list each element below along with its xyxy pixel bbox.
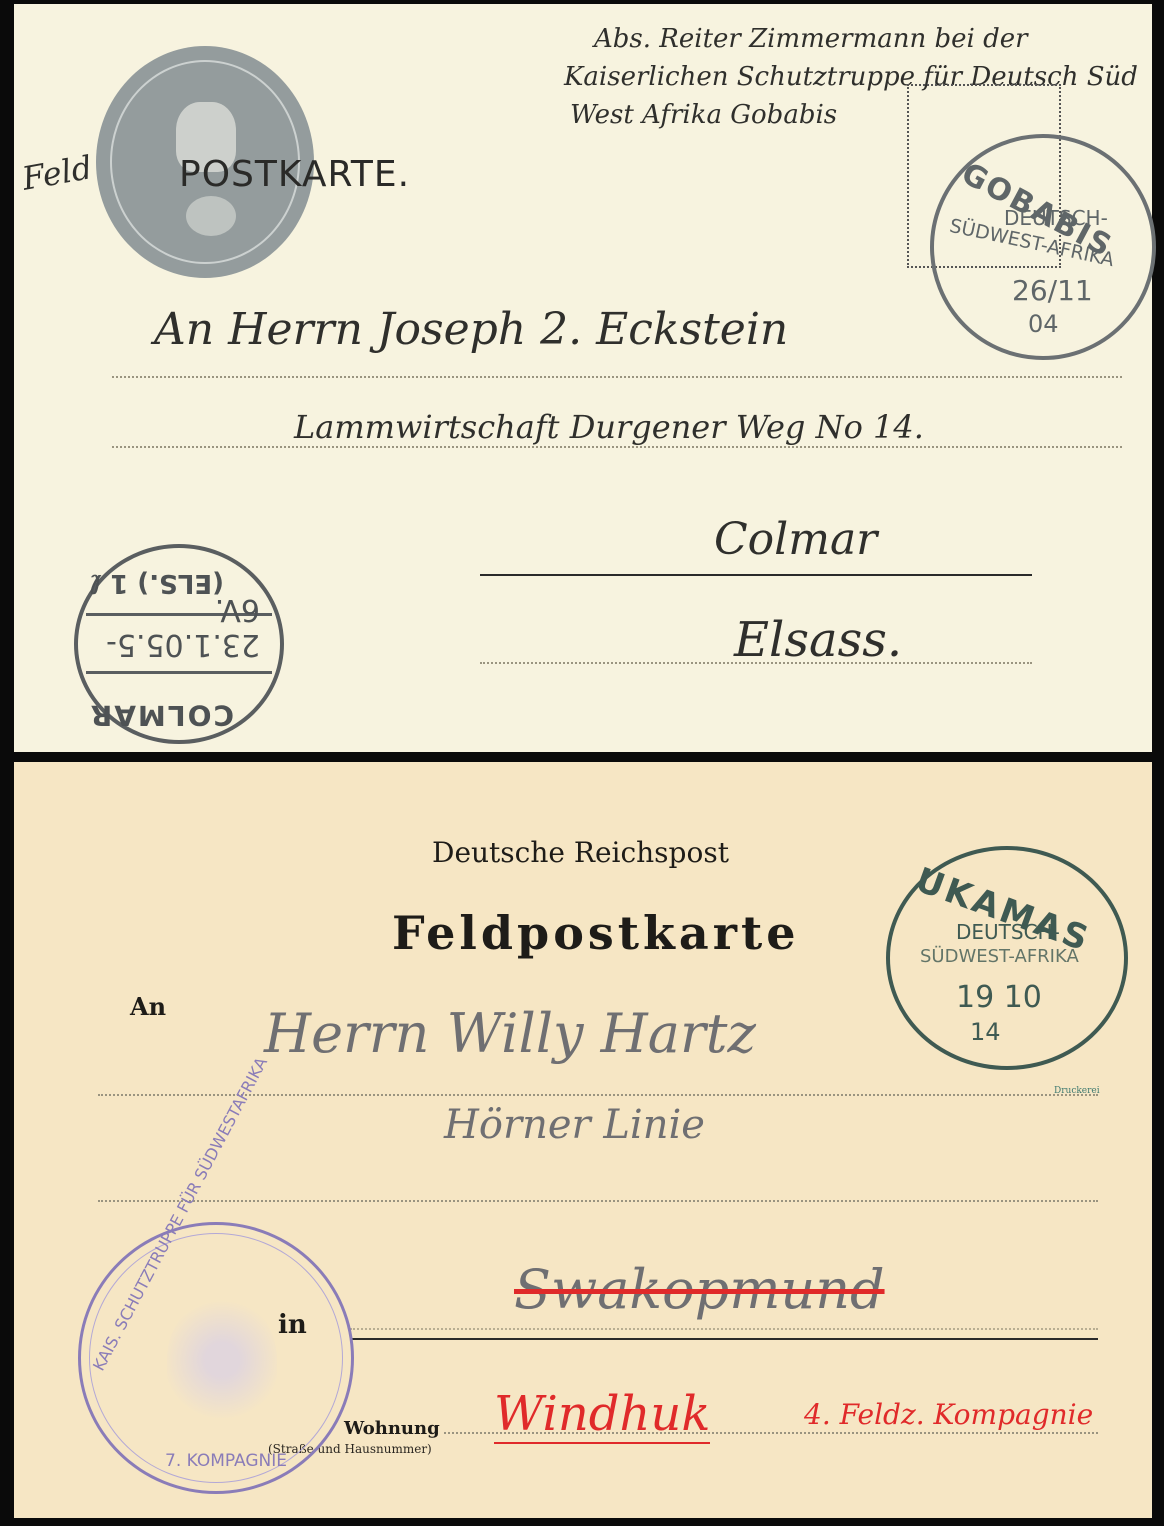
unit-seal: KAIS. SCHUTZTRUPPE FÜR SÜDWESTAFRIKA 7. …	[78, 1222, 354, 1494]
printer-mark: Druckerei	[1054, 1086, 1100, 1096]
ukamas-postmark: UKAMAS DEUTSCH- SÜDWEST-AFRIKA 19 10 14	[886, 846, 1128, 1070]
address-line-4	[350, 1328, 1098, 1330]
card-type-label: POSTKARTE.	[179, 154, 410, 195]
gobabis-postmark: GOBABIS DEUTSCH- SÜDWEST-AFRIKA 26/11 04	[930, 134, 1156, 360]
postcard-front-1: POSTKARTE. Feld Abs. Reiter Zimmermann b…	[14, 4, 1152, 752]
recipient-name: Herrn Willy Hartz	[264, 1002, 756, 1065]
eagle-icon	[167, 1295, 277, 1425]
address-line-2	[98, 1200, 1098, 1202]
postcard-front-2: Deutsche Reichspost Feldpostkarte UKAMAS…	[14, 762, 1152, 1518]
recipient-street: Hörner Linie	[444, 1102, 705, 1148]
colmar-postmark: COLMAR 23.1.05.5-6V. (ELS.) 1 ℓ	[74, 544, 284, 744]
recipient-region: Elsass.	[734, 612, 902, 668]
to-label: An	[130, 992, 166, 1021]
forward-unit: 4. Feldz. Kompagnie	[804, 1398, 1093, 1431]
address-line-2	[112, 446, 1122, 448]
recipient-city-crossed: Swakopmund	[514, 1258, 885, 1321]
address-line-3	[480, 574, 1032, 576]
recipient-name: An Herrn Joseph 2. Eckstein	[154, 304, 788, 355]
recipient-city: Colmar	[714, 514, 877, 565]
card-header: Deutsche Reichspost	[432, 836, 729, 869]
forward-city: Windhuk	[494, 1386, 710, 1444]
address-line-1	[112, 376, 1122, 378]
address-line-3	[350, 1338, 1098, 1340]
card-type-label: Feldpostkarte	[392, 906, 799, 960]
residence-label: Wohnung	[344, 1418, 440, 1439]
corner-scribble: Feld	[19, 148, 95, 198]
recipient-street: Lammwirtschaft Durgener Weg No 14.	[294, 408, 924, 446]
